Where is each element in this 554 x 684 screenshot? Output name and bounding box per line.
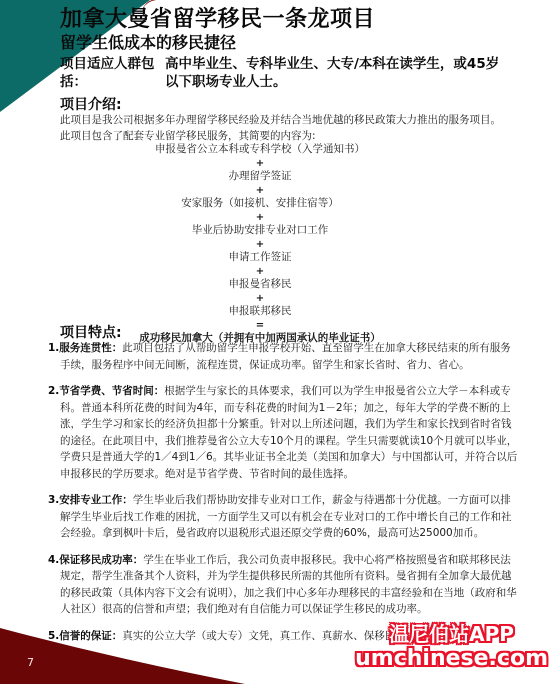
flow-plus: + bbox=[90, 157, 430, 171]
feature-text: 根据学生与家长的具体要求，我们可以为学生申报曼省公立大学－本科或专科。普通本科所… bbox=[60, 385, 517, 480]
feature-title: 保证移民成功率： bbox=[59, 554, 143, 566]
flow-plus: + bbox=[90, 211, 430, 225]
feature-number: 3. bbox=[48, 494, 59, 506]
flow-plus: + bbox=[90, 238, 430, 252]
audience-value: 高中毕业生、专科毕业生、大专/本科在读学生，或45岁以下职场专业人士。 bbox=[165, 55, 500, 91]
features-heading: 项目特点: bbox=[60, 322, 122, 342]
flow-step: 申报联邦移民 bbox=[90, 305, 430, 319]
flow-step: 安家服务（如接机、安排住宿等） bbox=[90, 197, 430, 211]
intro-heading: 项目介绍: bbox=[60, 94, 122, 114]
target-audience: 项目适应人群包括： 高中毕业生、专科毕业生、大专/本科在读学生，或45岁以下职场… bbox=[60, 55, 500, 91]
intro-text: 此项目是我公司根据多年办理留学移民经验及并结合当地优越的移民政策大力推出的服务项… bbox=[60, 112, 540, 144]
feature-item: 3.安排专业工作：学生毕业后我们帮协助安排专业对口工作，薪金与待遇都十分优越。一… bbox=[48, 492, 518, 542]
flow-step: 办理留学签证 bbox=[90, 170, 430, 184]
flow-plus: + bbox=[90, 184, 430, 198]
feature-title: 服务连贯性： bbox=[59, 342, 122, 354]
feature-item: 1.服务连贯性：此项目包括了从帮助留学生申报学校开始、直至留学生在加拿大移民结束… bbox=[48, 340, 518, 373]
feature-title: 安排专业工作： bbox=[59, 494, 133, 506]
intro-line: 此项目包含了配套专业留学移民服务，其简要的内容为: bbox=[60, 128, 540, 144]
feature-item: 4.保证移民成功率：学生在毕业工作后，我公司负责申报移民。我中心将严格按照曼省和… bbox=[48, 552, 518, 618]
process-flow: 申报曼省公立本科或专科学校（入学通知书） + 办理留学签证 + 安家服务（如接机… bbox=[90, 143, 430, 346]
feature-item: 2.节省学费、节省时间：根据学生与家长的具体要求，我们可以为学生申报曼省公立大学… bbox=[48, 383, 518, 482]
feature-title: 节省学费、节省时间： bbox=[59, 385, 164, 397]
flow-plus: + bbox=[90, 265, 430, 279]
feature-number: 4. bbox=[48, 554, 59, 566]
flow-step: 申请工作签证 bbox=[90, 251, 430, 265]
feature-number: 2. bbox=[48, 385, 59, 397]
flow-step: 申报曼省公立本科或专科学校（入学通知书） bbox=[90, 143, 430, 157]
flow-equals: = bbox=[90, 319, 430, 333]
watermark-url: umchinese.com bbox=[355, 646, 548, 672]
features-list: 1.服务连贯性：此项目包括了从帮助留学生申报学校开始、直至留学生在加拿大移民结束… bbox=[48, 340, 518, 654]
page-title: 加拿大曼省留学移民一条龙项目 bbox=[60, 2, 375, 33]
feature-number: 1. bbox=[48, 342, 59, 354]
flow-plus: + bbox=[90, 292, 430, 306]
audience-label: 项目适应人群包括： bbox=[60, 55, 165, 91]
feature-title: 信誉的保证： bbox=[59, 630, 122, 642]
feature-text: 此项目包括了从帮助留学生申报学校开始、直至留学生在加拿大移民结束的所有服务手续，… bbox=[60, 342, 511, 371]
watermark-app-name: 温尼伯站APP bbox=[355, 622, 548, 646]
page-number: 7 bbox=[27, 656, 34, 669]
page-subtitle: 留学生低成本的移民捷径 bbox=[60, 30, 236, 53]
site-watermark: 温尼伯站APP umchinese.com bbox=[355, 622, 548, 672]
feature-number: 5. bbox=[48, 630, 59, 642]
flow-step: 毕业后协助安排专业对口工作 bbox=[90, 224, 430, 238]
intro-line: 此项目是我公司根据多年办理留学移民经验及并结合当地优越的移民政策大力推出的服务项… bbox=[60, 112, 540, 128]
flow-step: 申报曼省移民 bbox=[90, 278, 430, 292]
